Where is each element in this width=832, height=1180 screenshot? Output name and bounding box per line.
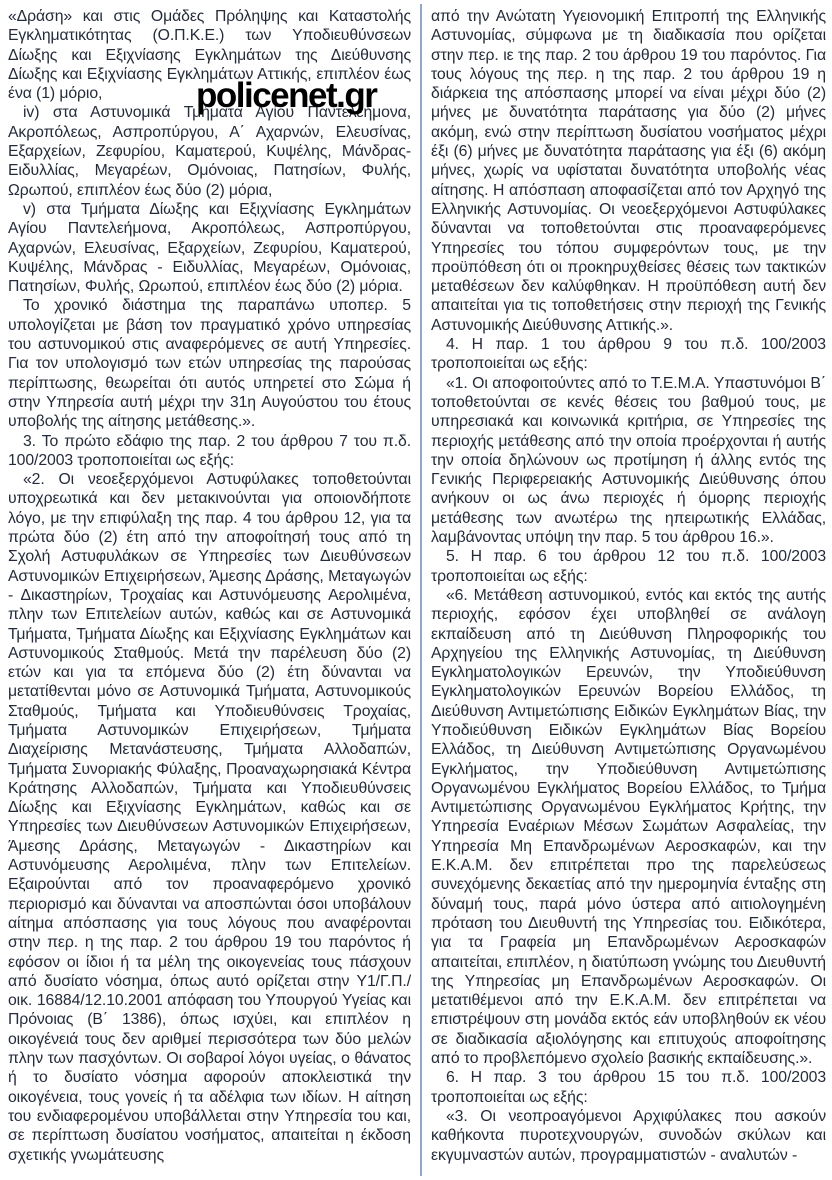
paragraph: v) στα Τμήματα Δίωξης και Εξιχνίασης Εγκ…	[8, 200, 411, 296]
text-column-right: από την Ανώτατη Υγειονομική Επιτροπή της…	[431, 7, 826, 1165]
paragraph: «Δράση» και στις Ομάδες Πρόληψης και Κατ…	[8, 7, 411, 103]
paragraph: 3. Το πρώτο εδάφιο της παρ. 2 του άρθρου…	[8, 432, 411, 471]
paragraph: 4. Η παρ. 1 του άρθρου 9 του π.δ. 100/20…	[431, 335, 826, 374]
paragraph: «6. Μετάθεση αστυνομικού, εντός και εκτό…	[431, 586, 826, 1068]
paragraph: «3. Οι νεοπροαγόμενοι Αρχιφύλακες που ασ…	[431, 1107, 826, 1165]
paragraph: «1. Οι αποφοιτούντες από το Τ.Ε.Μ.Α. Υπα…	[431, 374, 826, 548]
paragraph: 6. Η παρ. 3 του άρθρου 15 του π.δ. 100/2…	[431, 1068, 826, 1107]
column-divider	[420, 4, 422, 1176]
paragraph: iv) στα Αστυνομικά Τμήματα Αγίου Παντελε…	[8, 103, 411, 199]
text-column-left: «Δράση» και στις Ομάδες Πρόληψης και Κατ…	[8, 7, 411, 1165]
paragraph: Το χρονικό διάστημα της παραπάνω υποπερ.…	[8, 296, 411, 431]
paragraph: 5. Η παρ. 6 του άρθρου 12 του π.δ. 100/2…	[431, 547, 826, 586]
paragraph: «2. Οι νεοεξερχόμενοι Αστυφύλακες τοποθε…	[8, 470, 411, 1165]
paragraph: από την Ανώτατη Υγειονομική Επιτροπή της…	[431, 7, 826, 335]
document-page: «Δράση» και στις Ομάδες Πρόληψης και Κατ…	[0, 0, 832, 1180]
